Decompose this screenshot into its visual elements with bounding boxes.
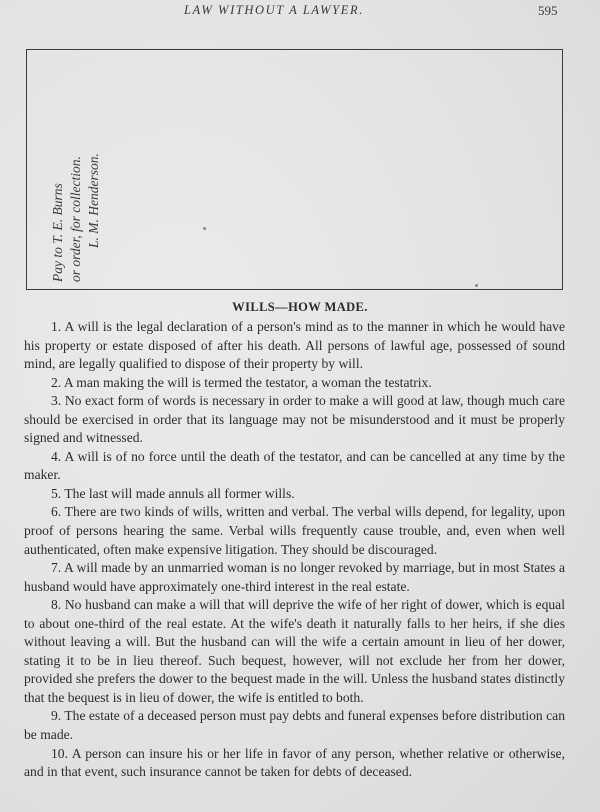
paragraph-2: 2. A man making the will is termed the t… [24,374,565,393]
section-body: 1. A will is the legal declaration of a … [24,318,565,782]
paragraph-7: 7. A will made by an unmarried woman is … [24,559,565,596]
check-endorsement-box: Pay to T. E. Burns or order, for collect… [26,49,563,290]
paragraph-1: 1. A will is the legal declaration of a … [24,318,565,374]
endorsement-line-2: or order, for collection. [67,153,85,282]
paragraph-8: 8. No husband can make a will that will … [24,596,565,707]
running-head: LAW WITHOUT A LAWYER. 595 [0,3,600,23]
paragraph-9: 9. The estate of a deceased person must … [24,707,565,744]
endorsement-signature: L. M. Henderson. [85,153,103,282]
page-number: 595 [538,3,558,19]
paragraph-10: 10. A person can insure his or her life … [24,745,565,782]
endorsement-line-1: Pay to T. E. Burns [49,153,67,282]
ink-speck [203,227,206,230]
paragraph-3: 3. No exact form of words is necessary i… [24,392,565,448]
section-heading: WILLS—HOW MADE. [0,300,600,315]
running-title: LAW WITHOUT A LAWYER. [184,3,364,18]
paragraph-5: 5. The last will made annuls all former … [24,485,565,504]
paragraph-6: 6. There are two kinds of wills, written… [24,503,565,559]
endorsement-text: Pay to T. E. Burns or order, for collect… [49,153,103,282]
paragraph-4: 4. A will is of no force until the death… [24,448,565,485]
ink-speck [475,284,478,287]
